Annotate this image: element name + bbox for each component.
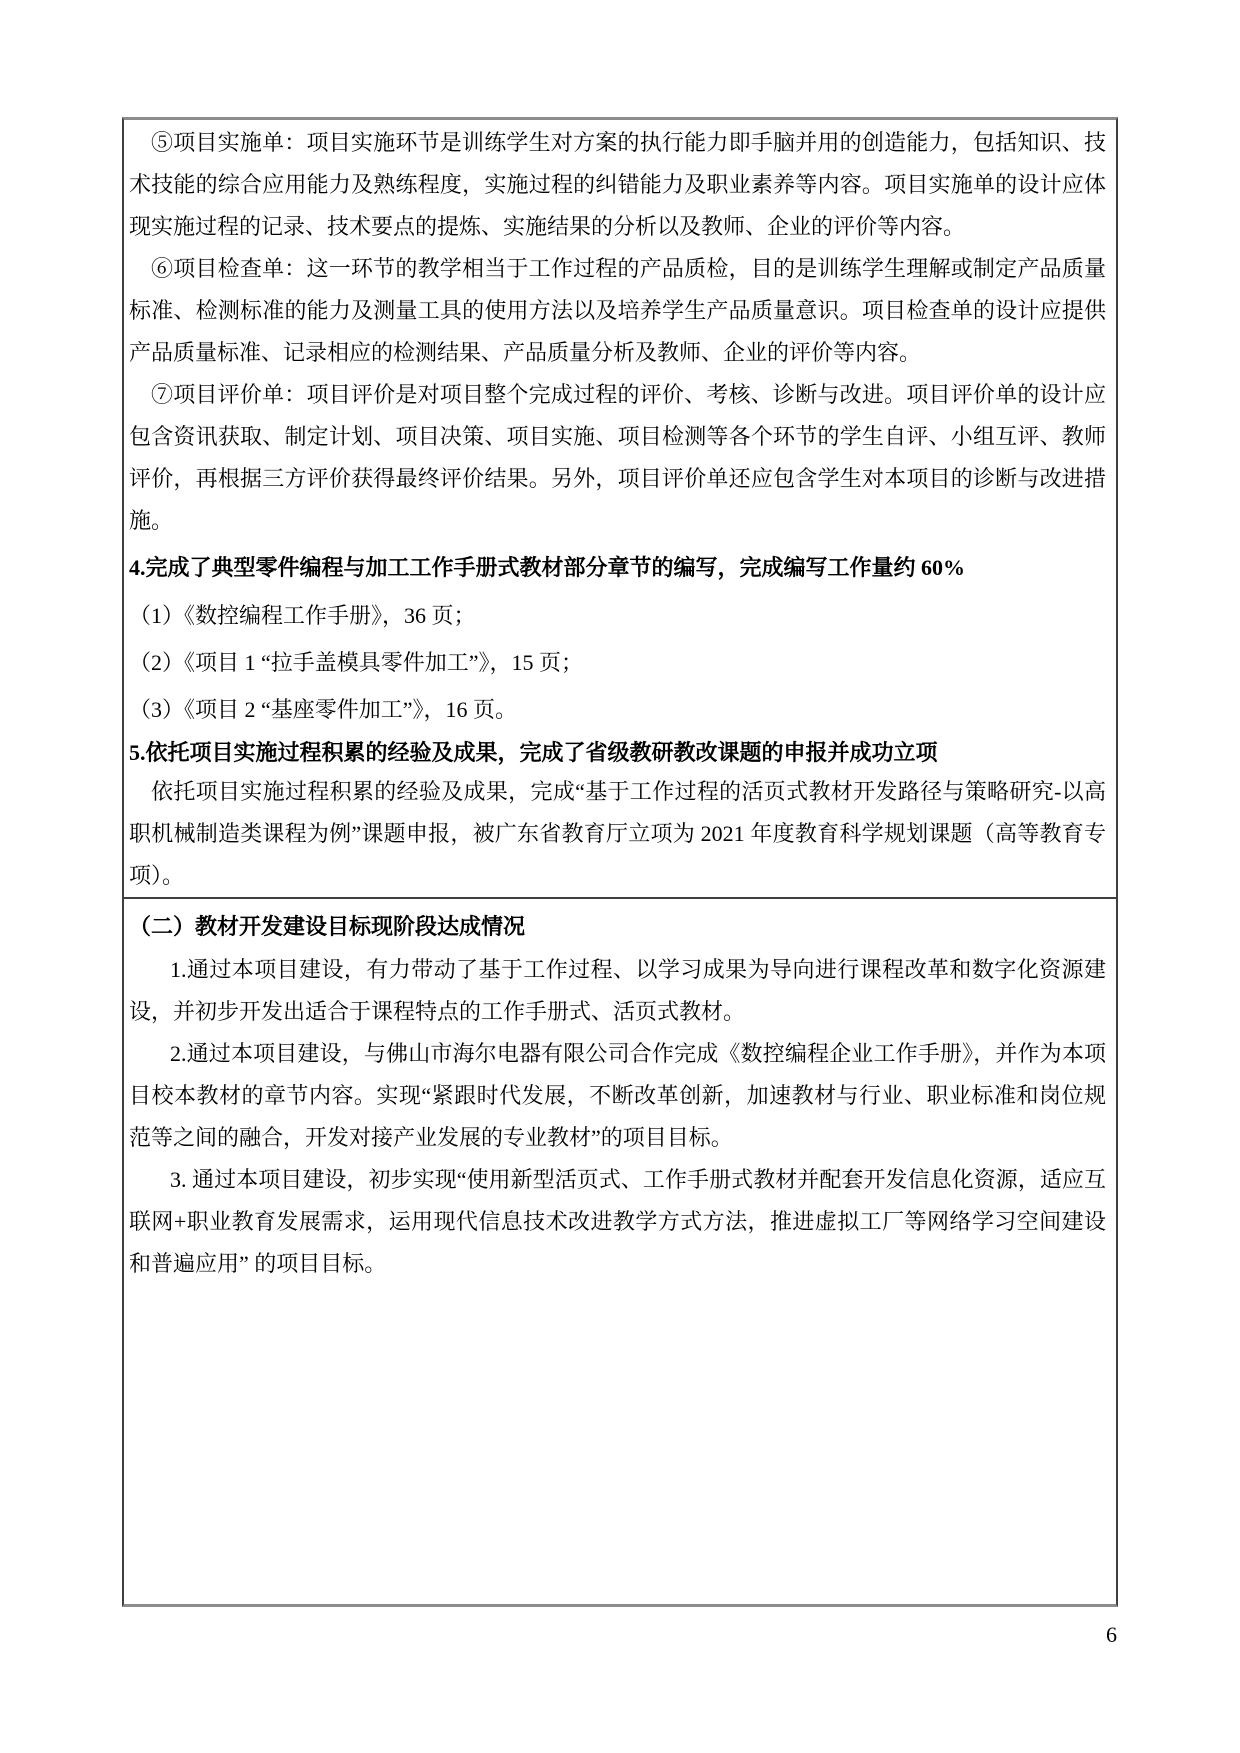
paragraph-check-sheet: ⑥项目检查单：这一环节的教学相当于工作过程的产品质检，目的是训练学生理解或制定产…	[129, 248, 1106, 374]
section-progress-cell: ⑤项目实施单：项目实施环节是训练学生对方案的执行能力即手脑并用的创造能力，包括知…	[124, 120, 1116, 897]
heading-section-two: （二）教材开发建设目标现阶段达成情况	[129, 907, 1106, 947]
paragraph-goal-3: 3. 通过本项目建设，初步实现“使用新型活页式、工作手册式教材并配套开发信息化资…	[129, 1159, 1106, 1285]
paragraph-implementation-sheet: ⑤项目实施单：项目实施环节是训练学生对方案的执行能力即手脑并用的创造能力，包括知…	[129, 122, 1106, 248]
paragraph-evaluation-sheet: ⑦项目评价单：项目评价是对项目整个完成过程的评价、考核、诊断与改进。项目评价单的…	[129, 374, 1106, 542]
list-item-manual-2: （2）《项目 1 “拉手盖模具零件加工”》，15 页；	[129, 639, 1106, 686]
section-goals-cell: （二）教材开发建设目标现阶段达成情况 1.通过本项目建设，有力带动了基于工作过程…	[124, 897, 1116, 1604]
list-item-manual-1: （1）《数控编程工作手册》，36 页；	[129, 592, 1106, 639]
paragraph-research-project: 依托项目实施过程积累的经验及成果，完成“基于工作过程的活页式教材开发路径与策略研…	[129, 771, 1106, 897]
heading-achievement-4: 4.完成了典型零件编程与加工工作手册式教材部分章节的编写，完成编写工作量约 60…	[129, 552, 1106, 584]
report-table: ⑤项目实施单：项目实施环节是训练学生对方案的执行能力即手脑并用的创造能力，包括知…	[122, 117, 1118, 1607]
paragraph-goal-2: 2.通过本项目建设，与佛山市海尔电器有限公司合作完成《数控编程企业工作手册》，并…	[129, 1033, 1106, 1159]
paragraph-goal-1: 1.通过本项目建设，有力带动了基于工作过程、以学习成果为导向进行课程改革和数字化…	[129, 949, 1106, 1033]
heading-achievement-5: 5.依托项目实施过程积累的经验及成果，完成了省级教研教改课题的申报并成功立项	[129, 737, 1106, 769]
list-item-manual-3: （3）《项目 2 “基座零件加工”》，16 页。	[129, 686, 1106, 733]
page-number: 6	[1106, 1620, 1117, 1650]
